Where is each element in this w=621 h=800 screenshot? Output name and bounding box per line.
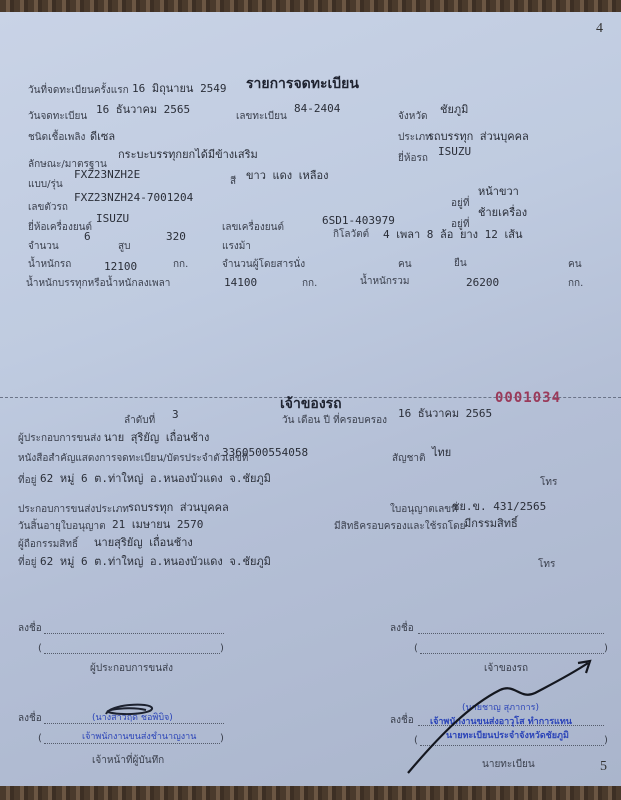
type: รถบรรทุก ส่วนบุคคล: [428, 130, 529, 143]
op-type: รถบรรทุก ส่วนบุคคล: [128, 501, 229, 514]
standing-unit: คน: [568, 258, 582, 271]
model: FXZ23NZH2E: [74, 168, 140, 181]
fuel: ดีเซล: [90, 130, 115, 143]
name-line: [420, 652, 604, 654]
background-surface: [0, 786, 621, 800]
cylinders: 6: [84, 230, 91, 243]
recorder-sign-label: ลงชื่อ: [18, 712, 42, 725]
chassis: FXZ23NZH24-7001204: [74, 191, 193, 204]
registrar-signature: [400, 655, 600, 780]
paren-close: ): [220, 732, 224, 745]
province: ชัยภูมิ: [440, 103, 468, 116]
op-type-label: ประกอบการขนส่งประเภท: [18, 503, 129, 516]
recorder-role: เจ้าหน้าที่ผู้บันทึก: [92, 754, 164, 767]
nationality-label: สัญชาติ: [392, 452, 426, 465]
reg-date-label: วันจดทะเบียน: [28, 110, 87, 123]
license-label: ใบอนุญาตเลขที่: [390, 503, 458, 516]
fuel-label: ชนิดเชื้อเพลิง: [28, 131, 85, 144]
address-label: ที่อยู่: [18, 474, 36, 487]
province-label: จังหวัด: [398, 110, 427, 123]
expiry: 21 เมษายน 2570: [112, 518, 203, 531]
seq-label: ลำดับที่: [124, 414, 155, 427]
paren-close: ): [220, 642, 224, 655]
address: 62 หมู่ 6 ต.ท่าใหญ่ อ.หนองบัวแดง จ.ชัยภู…: [40, 472, 271, 485]
recorder-title: เจ้าพนักงานขนส่งชำนาญงาน: [82, 731, 196, 744]
section-title-owner: เจ้าของรถ: [280, 398, 342, 411]
id-label: หนังสือสำคัญแสดงการจดทะเบียน/บัตรประจำตั…: [18, 452, 248, 465]
background-surface: [0, 0, 621, 12]
first-reg-date: 16 มิถุนายน 2549: [132, 82, 227, 95]
paren-close: ): [604, 642, 608, 655]
load-label: น้ำหนักบรรทุกหรือน้ำหนักลงเพลา: [26, 277, 170, 290]
seq: 3: [172, 408, 179, 421]
reg-no-label: เลขทะเบียน: [236, 110, 287, 123]
standing-label: ยืน: [454, 257, 467, 270]
brand: ISUZU: [438, 145, 471, 158]
operator-sign-label: ลงชื่อ: [18, 622, 42, 635]
possess-date-label: วัน เดือน ปี ที่ครอบครอง: [282, 414, 387, 427]
engine-brand-label: ยี่ห้อเครื่องยนต์: [28, 221, 92, 234]
phone-label: โทร: [540, 476, 557, 489]
signature-line[interactable]: [418, 632, 604, 634]
chassis-loc: หน้าขวา: [478, 185, 519, 198]
reg-date: 16 ธันวาคม 2565: [96, 103, 190, 116]
engine-no: 6SD1-403979: [322, 214, 395, 227]
paren-open: (: [38, 642, 42, 655]
color-label: สี: [230, 175, 236, 188]
load: 14100: [224, 276, 257, 289]
gross: 26200: [466, 276, 499, 289]
load-unit: กก.: [302, 277, 317, 290]
serial-number: 0001034: [495, 390, 561, 406]
section-title-registration: รายการจดทะเบียน: [246, 78, 359, 91]
engine-no-label: เลขเครื่องยนต์: [222, 221, 284, 234]
paren-close: ): [604, 734, 608, 747]
page-number-bottom: 5: [600, 760, 607, 773]
first-reg-label: วันที่จดทะเบียนครั้งแรก: [28, 84, 129, 97]
chassis-label: เลขตัวรถ: [28, 201, 68, 214]
model-label: แบบ/รุ่น: [28, 178, 63, 191]
engine-brand: ISUZU: [96, 212, 129, 225]
hp-label: แรงม้า: [222, 240, 251, 253]
brand-label: ยี่ห้อรถ: [398, 152, 428, 165]
gross-unit: กก.: [568, 277, 583, 290]
paren-open: (: [414, 642, 418, 655]
paren-open: (: [38, 732, 42, 745]
cylinders-unit: สูบ: [118, 240, 130, 253]
passengers-unit: คน: [398, 258, 412, 271]
color: ขาว แดง เหลือง: [246, 169, 328, 182]
style: กระบะบรรทุกยกได้มีข้างเสริม: [118, 148, 258, 161]
chassis-loc-label: อยู่ที่: [451, 197, 469, 210]
nationality: ไทย: [432, 446, 451, 459]
holder-label: ผู้ถือกรรมสิทธิ์: [18, 538, 78, 551]
power: 320: [166, 230, 186, 243]
gross-label: น้ำหนักรวม: [360, 275, 410, 288]
operator: นาย สุริยัญ เถื่อนช้าง: [104, 431, 209, 444]
reg-no: 84-2404: [294, 102, 340, 115]
weight-label: น้ำหนักรถ: [28, 258, 71, 271]
signature-line[interactable]: [44, 632, 224, 634]
owner-sign-label: ลงชื่อ: [390, 622, 414, 635]
operator-role: ผู้ประกอบการขนส่ง: [90, 662, 173, 675]
right: มีกรรมสิทธิ์: [464, 517, 518, 530]
license: ชย.ข. 431/2565: [452, 500, 546, 513]
holder-address-label: ที่อยู่: [18, 556, 36, 569]
page-number-top: 4: [596, 22, 603, 35]
holder-phone-label: โทร: [538, 558, 555, 571]
operator-label: ผู้ประกอบการขนส่ง: [18, 432, 101, 445]
axles-tires: 4 เพลา 8 ล้อ ยาง 12 เส้น: [383, 228, 523, 241]
engine-loc: ช้ายเครื่อง: [478, 206, 527, 219]
holder: นายสุริยัญ เถื่อนช้าง: [94, 536, 193, 549]
kw-label: กิโลวัตต์: [333, 228, 369, 241]
weight: 12100: [104, 260, 137, 273]
right-label: มีสิทธิครอบครองและใช้รถโดย: [334, 520, 466, 533]
holder-address: 62 หมู่ 6 ต.ท่าใหญ่ อ.หนองบัวแดง จ.ชัยภู…: [40, 555, 271, 568]
expiry-label: วันสิ้นอายุใบอนุญาต: [18, 520, 106, 533]
type-label: ประเภท: [398, 131, 432, 144]
count-label: จำนวน: [28, 240, 59, 253]
id-number: 3360500554058: [222, 446, 308, 459]
passengers-label: จำนวนผู้โดยสารนั่ง: [222, 258, 305, 271]
weight-unit: กก.: [173, 258, 188, 271]
possess-date: 16 ธันวาคม 2565: [398, 407, 492, 420]
name-line: [44, 652, 220, 654]
recorder-signature: [100, 700, 160, 722]
